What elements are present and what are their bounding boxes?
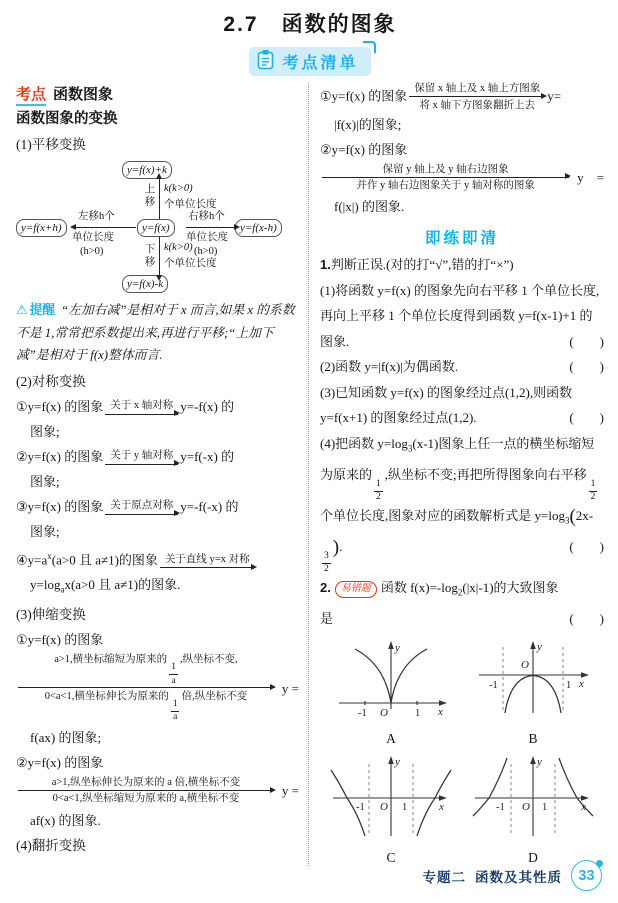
rule-pre2: (a>0 且 a≠1)的图象 — [52, 552, 158, 567]
warning-icon: ⚠ — [16, 303, 27, 317]
labeled-arrow: 保留 x 轴上及 x 轴上方图象将 x 轴下方图象翻折上去 — [409, 83, 545, 112]
graph-option-a: -1 O 1 x y — [327, 635, 455, 731]
rule-continuation: af(x) 的图象. — [16, 808, 299, 833]
item-1-title: (1)平移变换 — [16, 132, 299, 157]
answer-options-grid: -1 O 1 x y A -1 O — [320, 635, 604, 866]
item-text: (1)将函数 y=f(x) 的图象先向右平移 1 个单位长度,再向上平移 1 个… — [320, 283, 599, 349]
arrow-label: 关于 x 轴对称 — [105, 400, 178, 413]
down-unit-label: 个单位长度 — [164, 257, 217, 270]
arrow-label-bottom: 将 x 轴下方图象翻折上去 — [409, 97, 545, 112]
item-3-title: (3)伸缩变换 — [16, 602, 299, 627]
flow-box-top: y=f(x)+k — [122, 161, 172, 179]
option-d: -1 O 1 x y D — [462, 750, 604, 866]
right-cond-label: (h>0) — [194, 245, 217, 258]
labeled-arrow: 保留 y 轴上及 y 轴右边图象 并作 y 轴右边图象关于 y 轴对称的图象 — [322, 164, 569, 193]
graph-option-b: -1 O 1 x y — [469, 635, 597, 731]
rule-post: y = — [577, 170, 604, 186]
flow-box-right: y=f(x-h) — [235, 219, 282, 237]
kaodian-heading: 考点函数图象 — [16, 83, 299, 104]
rule-pre: ①y=f(x) 的图象 — [16, 399, 103, 414]
item-text: (2)函数 y=|f(x)|为偶函数. — [320, 359, 458, 374]
x-tick-pos: 1 — [415, 708, 420, 719]
question-1-item-4: (4)把函数 y=log3(x-1)图象上任一点的横坐标缩短为原来的12,纵坐标… — [320, 431, 604, 575]
x-tick-neg: -1 — [356, 802, 365, 813]
clipboard-icon — [256, 49, 276, 71]
fraction: 12 — [374, 480, 383, 503]
arrow-right — [186, 227, 234, 228]
answer-bracket: ( ) — [569, 354, 604, 380]
section-badge: 考点清单 — [249, 47, 370, 76]
flow-box-left: y=f(x+h) — [16, 219, 67, 237]
y-axis-label: y — [536, 641, 542, 653]
fraction: 1a — [169, 663, 178, 686]
rule-post: y=-f(-x) 的 — [180, 499, 238, 514]
section-badge-label: 考点清单 — [282, 55, 358, 72]
labeled-arrow: 关于原点对称 — [105, 500, 178, 514]
fraction: 12 — [589, 480, 598, 503]
stretch-rule-2-pre: ②y=f(x) 的图象 — [16, 750, 299, 775]
arrow-left — [76, 227, 136, 228]
x-axis-label: x — [580, 801, 586, 813]
question-number: 1. — [320, 257, 331, 272]
answer-bracket: ( ) — [569, 606, 604, 632]
page-footer: 专题二 函数及其性质 33 — [423, 860, 603, 891]
left-move-label: 左移h个 — [78, 210, 115, 223]
option-c: -1 O 1 x y C — [320, 750, 462, 866]
question-text: 判断正误.(对的打“√”,错的打“×”) — [331, 257, 514, 272]
answer-bracket: ( ) — [569, 534, 604, 560]
x-axis-label: x — [437, 706, 443, 718]
option-a: -1 O 1 x y A — [320, 635, 462, 747]
up-amount-label: k(k>0) — [164, 182, 193, 195]
stretch-rule-2-arrow: a>1,纵坐标伸长为原来的 a 倍,横坐标不变 0<a<1,纵坐标缩短为原来的 … — [16, 777, 299, 806]
reminder-note: ⚠提醒“左加右减”是相对于 x 而言,如果 x 的系数不是 1,常常把系数提出来… — [16, 299, 299, 367]
y-axis-label: y — [394, 642, 400, 654]
item-2-title: (2)对称变换 — [16, 369, 299, 394]
rule-post: y=f(-x) 的 — [180, 449, 234, 464]
option-letter: C — [386, 850, 395, 866]
footer-chapter-name: 函数及其性质 — [475, 866, 562, 886]
fold-rule-2-pre: ②y=f(x) 的图象 — [320, 137, 604, 162]
question-1-stem: 1.判断正误.(对的打“√”,错的打“×”) — [320, 252, 604, 278]
labeled-arrow: 关于直线 y=x 对称 — [160, 554, 255, 568]
arrow-up — [159, 179, 160, 219]
up-move-label: 上移 — [144, 183, 156, 209]
option-letter: B — [528, 731, 537, 747]
option-b: -1 O 1 x y B — [462, 635, 604, 747]
arrow-label-top: 保留 y 轴上及 y 轴右边图象 — [322, 164, 569, 177]
rule-post: y = — [282, 681, 299, 697]
arrow-label-top: a>1,横坐标缩短为原来的1a,纵坐标不变, — [18, 654, 274, 687]
section-badge-row: 考点清单 — [16, 47, 604, 76]
item-text: (3)已知函数 y=f(x) 的图象经过点(1,2),则函数 y=f(x+1) … — [320, 385, 572, 426]
practice-header: 即练即清 — [320, 226, 604, 248]
labeled-arrow: 关于 x 轴对称 — [105, 400, 178, 414]
two-column-layout: 考点函数图象 函数图象的变换 (1)平移变换 y=f(x)+k y=f(x+h)… — [16, 83, 604, 866]
question-2-stem: 2.易错题函数 f(x)=-log2(|x|-1)的大致图象 — [320, 575, 604, 606]
left-unit-label: 单位长度 — [72, 231, 114, 244]
translation-flowchart: y=f(x)+k y=f(x+h) y=f(x) y=f(x-h) y=f(x)… — [16, 161, 299, 293]
page-title: 2.7 函数的图象 — [16, 8, 604, 38]
stretch-rule-1-arrow: a>1,横坐标缩短为原来的1a,纵坐标不变, 0<a<1,横坐标伸长为原来的1a… — [16, 654, 299, 723]
arrow-label-bottom: 并作 y 轴右边图象关于 y 轴对称的图象 — [322, 178, 569, 193]
graph-option-c: -1 O 1 x y — [327, 750, 455, 850]
origin-label: O — [380, 707, 388, 719]
symmetry-rule-4: ④y=ax(a>0 且 a≠1)的图象关于直线 y=x 对称 — [16, 544, 299, 572]
rule-result2: x(a>0 且 a≠1)的图象. — [64, 577, 180, 592]
item-text: (4)把函数 y=log — [320, 436, 408, 451]
x-tick-neg: -1 — [489, 680, 498, 691]
rule-continuation: 图象; — [16, 519, 299, 544]
rule-continuation: f(|x|) 的图象. — [320, 194, 604, 219]
right-move-label: 右移h个 — [188, 210, 225, 223]
arrow-label-bottom: 0<a<1,纵坐标缩短为原来的 a,横坐标不变 — [18, 791, 274, 806]
rule-continuation: 图象; — [16, 419, 299, 444]
arrow-label: 关于原点对称 — [105, 500, 178, 513]
kaodian-tag: 考点 — [16, 86, 46, 106]
left-cond-label: (h>0) — [80, 245, 103, 258]
left-column: 考点函数图象 函数图象的变换 (1)平移变换 y=f(x)+k y=f(x+h)… — [16, 83, 308, 866]
fraction: 32 — [322, 552, 331, 575]
rule-pre: ④y=a — [16, 552, 47, 567]
origin-label: O — [521, 659, 529, 671]
rule-pre: ③y=f(x) 的图象 — [16, 499, 103, 514]
symmetry-rule-3: ③y=f(x) 的图象关于原点对称y=-f(-x) 的 — [16, 494, 299, 519]
rule-post: y = — [282, 783, 299, 799]
question-2-continuation: 是( ) — [320, 606, 604, 632]
page-number-circle: 33 — [571, 860, 602, 891]
symmetry-rule-2: ②y=f(x) 的图象关于 y 轴对称y=f(-x) 的 — [16, 444, 299, 469]
rule-post: y= — [547, 88, 561, 103]
rule-pre: ①y=f(x) 的图象 — [320, 88, 407, 103]
question-text: 函数 f(x)=-log — [381, 580, 458, 595]
x-tick-pos: 1 — [566, 680, 571, 691]
x-tick-neg: -1 — [496, 802, 505, 813]
question-1-item-1: (1)将函数 y=f(x) 的图象先向右平移 1 个单位长度,再向上平移 1 个… — [320, 278, 604, 355]
flow-box-center: y=f(x) — [137, 219, 175, 237]
y-axis-label: y — [536, 756, 542, 768]
x-tick-pos: 1 — [542, 802, 547, 813]
right-unit-label: 单位长度 — [186, 231, 228, 244]
graph-option-d: -1 O 1 x y — [469, 750, 597, 850]
arrow-label-top: a>1,纵坐标伸长为原来的 a 倍,横坐标不变 — [18, 777, 274, 790]
rule-post: y=-f(x) 的 — [180, 399, 234, 414]
error-prone-badge: 易错题 — [335, 581, 377, 598]
arrow-label: 关于 y 轴对称 — [105, 450, 178, 463]
question-text: 是 — [320, 611, 333, 626]
arrow-down — [159, 237, 160, 275]
question-1-item-3: (3)已知函数 y=f(x) 的图象经过点(1,2),则函数 y=f(x+1) … — [320, 380, 604, 431]
reminder-tag: 提醒 — [29, 302, 55, 317]
rule-pre: ②y=f(x) 的图象 — [16, 449, 103, 464]
fold-rule-2-arrow: 保留 y 轴上及 y 轴右边图象 并作 y 轴右边图象关于 y 轴对称的图象 y… — [320, 164, 604, 193]
question-1-item-2: (2)函数 y=|f(x)|为偶函数.( ) — [320, 354, 604, 380]
rule-continuation: 图象; — [16, 469, 299, 494]
textbook-page: 2.7 函数的图象 考点清单 考点函数图象 函数图象的变换 (1)平移变换 y=… — [0, 0, 618, 903]
rule-continuation: y=logax(a>0 且 a≠1)的图象. — [16, 572, 299, 603]
x-tick-pos: 1 — [402, 802, 407, 813]
reminder-text: “左加右减”是相对于 x 而言,如果 x 的系数不是 1,常常把系数提出来,再进… — [16, 303, 295, 362]
down-move-label: 下移 — [144, 243, 156, 269]
arrow-label-top: 保留 x 轴上及 x 轴上方图象 — [409, 83, 545, 96]
origin-label: O — [380, 801, 388, 813]
kaodian-title: 函数图象 — [53, 86, 113, 103]
x-axis-label: x — [438, 801, 444, 813]
rule-continuation: f(ax) 的图象; — [16, 725, 299, 750]
right-column: ①y=f(x) 的图象保留 x 轴上及 x 轴上方图象将 x 轴下方图象翻折上去… — [308, 83, 604, 866]
arrow-label: 关于直线 y=x 对称 — [160, 554, 255, 567]
x-tick-neg: -1 — [358, 708, 367, 719]
arrow-label-bottom: 0<a<1,横坐标伸长为原来的1a倍,纵坐标不变 — [18, 688, 274, 723]
origin-label: O — [522, 801, 530, 813]
x-axis-label: x — [578, 678, 584, 690]
labeled-arrow: 关于 y 轴对称 — [105, 450, 178, 464]
labeled-arrow: a>1,横坐标缩短为原来的1a,纵坐标不变, 0<a<1,横坐标伸长为原来的1a… — [18, 654, 274, 723]
rule-continuation: |f(x)|的图象; — [320, 112, 604, 137]
item-4-title: (4)翻折变换 — [16, 833, 299, 858]
footer-section: 专题二 — [423, 866, 467, 886]
option-letter: A — [386, 731, 396, 747]
answer-bracket: ( ) — [569, 329, 604, 355]
labeled-arrow: a>1,纵坐标伸长为原来的 a 倍,横坐标不变 0<a<1,纵坐标缩短为原来的 … — [18, 777, 274, 806]
y-axis-label: y — [394, 756, 400, 768]
answer-bracket: ( ) — [569, 405, 604, 431]
fraction: 1a — [171, 700, 180, 723]
fold-rule-1: ①y=f(x) 的图象保留 x 轴上及 x 轴上方图象将 x 轴下方图象翻折上去… — [320, 83, 604, 112]
rule-result: y=log — [30, 577, 60, 592]
symmetry-rule-1: ①y=f(x) 的图象关于 x 轴对称y=-f(x) 的 — [16, 394, 299, 419]
question-number: 2. — [320, 580, 331, 595]
subsection-title: 函数图象的变换 — [16, 106, 299, 132]
stretch-rule-1-pre: ①y=f(x) 的图象 — [16, 627, 299, 652]
